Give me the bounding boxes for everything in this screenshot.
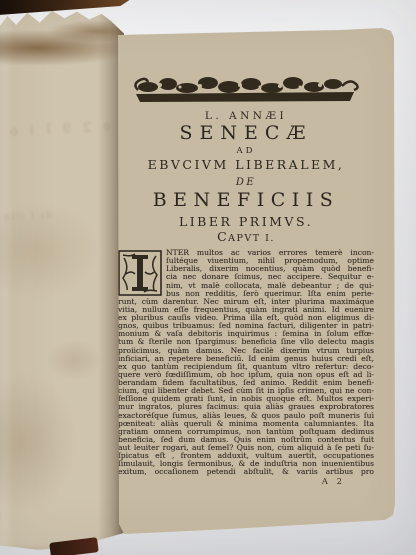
author-name: SENECÆ: [118, 122, 374, 144]
work-title: BENEFICIIS: [118, 189, 374, 211]
headpiece-frieze-ornament: [130, 72, 360, 106]
page-content: L. ANNÆI SENECÆ AD EBVCIVM LIBERALEM, DE…: [110, 27, 397, 535]
title-de: DE: [118, 177, 374, 188]
book-photograph: e 2 9 l i o di ſ illo: [0, 0, 416, 555]
dedicatee-line: EBVCIVM LIBERALEM,: [118, 157, 374, 172]
book-cover-edge-top: [0, 0, 134, 17]
right-page: L. ANNÆI SENECÆ AD EBVCIVM LIBERALEM, DE…: [110, 27, 397, 535]
chapter-heading: CAPVT I.: [118, 229, 374, 244]
author-line: L. ANNÆI: [118, 110, 374, 122]
show-through-text: di ſ illo: [2, 211, 52, 224]
book-number-line: LIBER PRIMVS.: [118, 214, 374, 229]
show-through-text: e 2 9 l i o: [6, 119, 112, 139]
body-text: NTER multos ac varios errores temerè inc…: [118, 249, 374, 477]
body-line: exitum, occaſionem petendi abſtulit, & v…: [118, 468, 374, 476]
left-page: e 2 9 l i o di ſ illo: [0, 4, 124, 552]
signature-mark: A 2: [322, 477, 345, 487]
title-ad: AD: [118, 146, 374, 156]
